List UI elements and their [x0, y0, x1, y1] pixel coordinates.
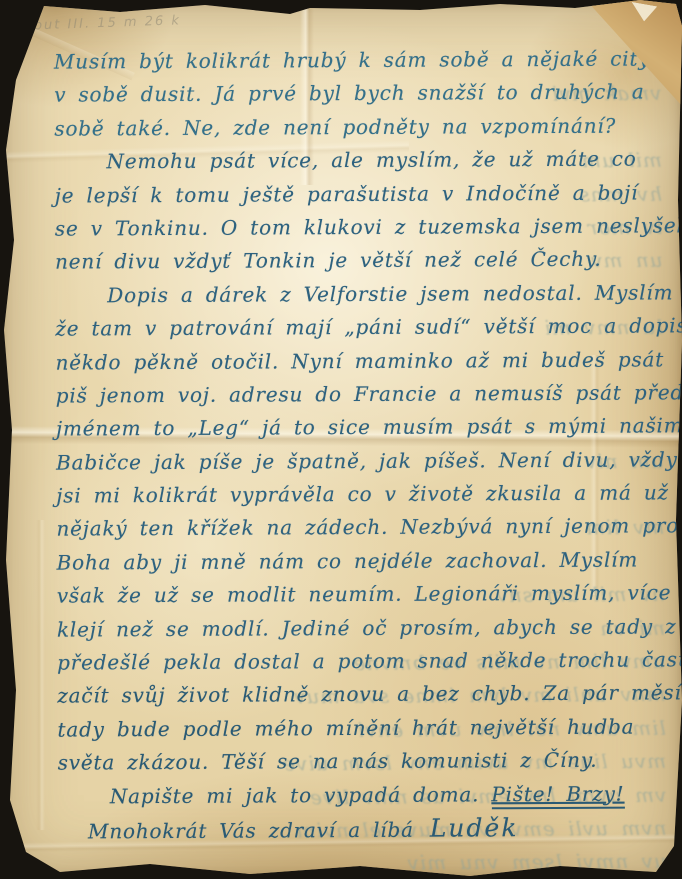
letter-line: sobě také. Ne, zde není podněty na vzpom… [54, 109, 654, 146]
pencil-note: Kout III. 15 m 26 k [24, 13, 181, 33]
letter-line: někdo pěkně otočil. Nyní maminko až mi b… [55, 343, 655, 380]
letter-line: piš jenom voj. adresu do Francie a nemus… [56, 376, 656, 413]
letter-line: jménem to „Leg“ já to sice musím psát s … [56, 410, 656, 447]
underlined-phrase: Pište! Brzy! [491, 781, 624, 809]
letter-line: Mnohokrát Vás zdraví a líbáLuděk [58, 810, 658, 847]
ghost-line: uv nmvi lsem vnu miv [29, 845, 667, 879]
letter-line: tady bude podle mého mínění hrát největš… [57, 710, 657, 747]
letter-line: začít svůj život klidně znovu a bez chyb… [57, 677, 657, 714]
letter-line: je lepší k tomu ještě parašutista v Indo… [55, 176, 655, 213]
letter-line: předešlé pekla dostal a potom snad někde… [57, 643, 657, 680]
letter-line: v sobě dusit. Já prvé byl bych snažší to… [54, 76, 654, 113]
letter-line: nějaký ten křížek na zádech. Nezbývá nyn… [56, 510, 656, 547]
letter-line: Nemohu psát více, ale myslím, že už máte… [54, 143, 654, 180]
letter-line: světa zkázou. Těší se na nás komunisti z… [58, 744, 658, 781]
letter-line: Napište mi jak to vypadá doma. Pište! Br… [58, 777, 658, 814]
letter-line: jsi mi kolikrát vyprávěla co v životě zk… [56, 477, 656, 514]
letter-line: Dopis a dárek z Velforstie jsem nedostal… [55, 276, 655, 313]
letter-line: klejí než se modlí. Jediné oč prosím, ab… [57, 610, 657, 647]
letter-line: Boha aby ji mně nám co nejdéle zachoval.… [57, 543, 657, 580]
letter-scan: Kout III. 15 m 26 k vmak mvimil umhv mns… [0, 0, 682, 879]
letter-line: Babičce jak píše je špatně, jak píšeš. N… [56, 443, 656, 480]
letter-line: není divu vždyť Tonkin je větší než celé… [55, 243, 655, 280]
letter-line: se v Tonkinu. O tom klukovi z tuzemska j… [55, 209, 655, 246]
letter-line: Musím být kolikrát hrubý k sám sobě a ně… [54, 42, 654, 79]
signature: Luděk [414, 813, 519, 843]
paper-sheet: Kout III. 15 m 26 k vmak mvimil umhv mns… [0, 0, 682, 879]
letter-line: že tam v patrování mají „páni sudí“ větš… [55, 310, 655, 347]
letter-body: Musím být kolikrát hrubý k sám sobě a ně… [54, 42, 658, 847]
letter-line: však že už se modlit neumím. Legionáři m… [57, 577, 657, 614]
